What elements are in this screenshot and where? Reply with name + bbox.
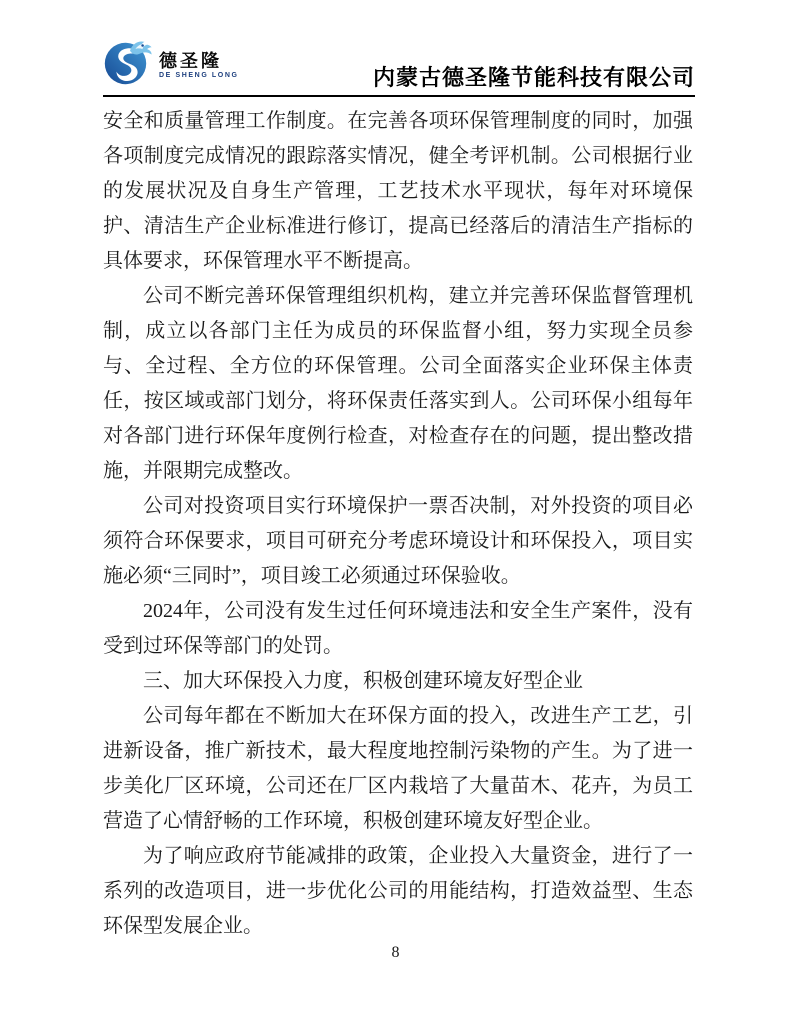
company-name: 内蒙古德圣隆节能科技有限公司 — [373, 65, 695, 93]
logo-chinese-text: 德圣隆 — [159, 51, 239, 71]
paragraph: 公司每年都在不断加大在环保方面的投入，改进生产工艺，引进新设备，推广新技术，最大… — [103, 699, 693, 839]
header-divider — [103, 95, 695, 97]
section-heading: 三、加大环保投入力度，积极创建环境友好型企业 — [103, 664, 693, 699]
document-body: 安全和质量管理工作制度。在完善各项环保管理制度的同时，加强各项制度完成情况的跟踪… — [103, 104, 693, 944]
logo-text: 德圣隆 DE SHENG LONG — [159, 51, 239, 80]
dragon-s-emblem-icon — [103, 31, 157, 87]
page-number: 8 — [392, 944, 400, 961]
paragraph: 安全和质量管理工作制度。在完善各项环保管理制度的同时，加强各项制度完成情况的跟踪… — [103, 104, 693, 279]
document-page: 德圣隆 DE SHENG LONG 内蒙古德圣隆节能科技有限公司 安全和质量管理… — [0, 0, 791, 1024]
company-logo: 德圣隆 DE SHENG LONG — [103, 31, 239, 87]
paragraph: 2024年，公司没有发生过任何环境违法和安全生产案件，没有受到过环保等部门的处罚… — [103, 594, 693, 664]
paragraph: 为了响应政府节能减排的政策，企业投入大量资金，进行了一系列的改造项目，进一步优化… — [103, 839, 693, 944]
page-header: 德圣隆 DE SHENG LONG 内蒙古德圣隆节能科技有限公司 — [103, 31, 695, 93]
page-footer: 8 — [0, 944, 791, 962]
paragraph: 公司不断完善环保管理组织机构，建立并完善环保监督管理机制，成立以各部门主任为成员… — [103, 279, 693, 489]
logo-english-text: DE SHENG LONG — [159, 71, 239, 80]
paragraph: 公司对投资项目实行环境保护一票否决制，对外投资的项目必须符合环保要求，项目可研充… — [103, 489, 693, 594]
